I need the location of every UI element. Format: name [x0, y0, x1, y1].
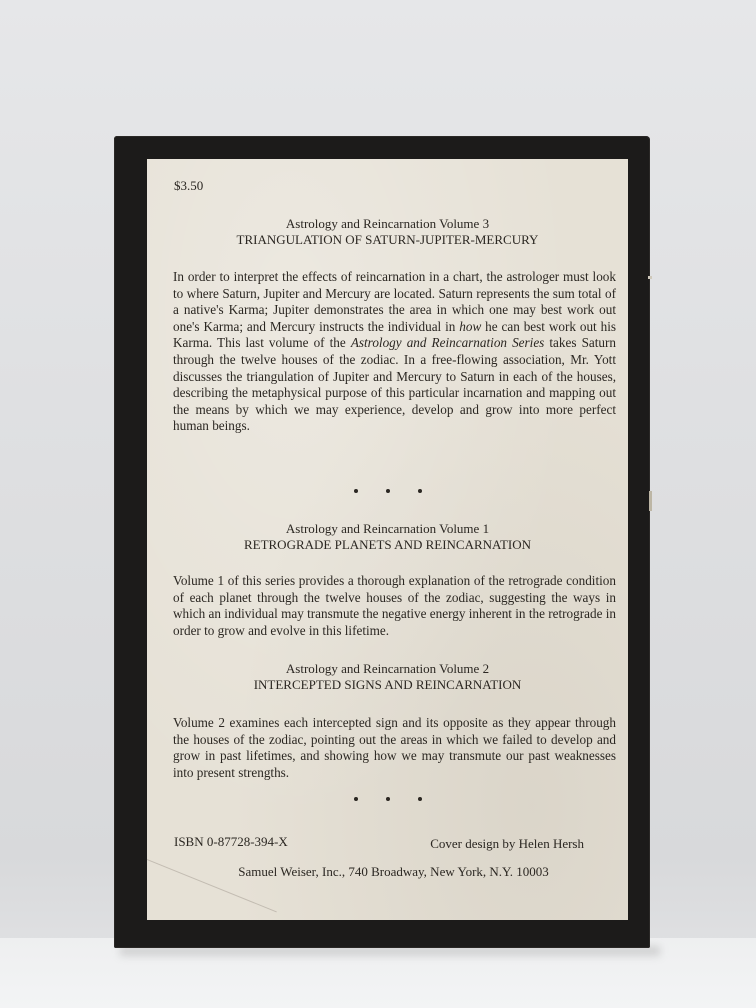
description-volume-2: Volume 2 examines each intercepted sign …: [173, 715, 616, 781]
isbn: ISBN 0-87728-394-X: [174, 834, 288, 850]
volume-title: INTERCEPTED SIGNS AND REINCARNATION: [147, 677, 628, 693]
volume-title: RETROGRADE PLANETS AND REINCARNATION: [147, 537, 628, 553]
publisher-address: Samuel Weiser, Inc., 740 Broadway, New Y…: [147, 864, 628, 880]
description-volume-3: In order to interpret the effects of rei…: [173, 269, 616, 435]
section-heading-volume-1: Astrology and Reincarnation Volume 1 RET…: [147, 521, 628, 553]
series-line: Astrology and Reincarnation Volume 2: [147, 661, 628, 677]
section-heading-volume-3: Astrology and Reincarnation Volume 3 TRI…: [147, 216, 628, 248]
price-label: $3.50: [174, 178, 203, 194]
text-panel: $3.50 Astrology and Reincarnation Volume…: [147, 159, 628, 920]
series-line: Astrology and Reincarnation Volume 3: [147, 216, 628, 232]
section-heading-volume-2: Astrology and Reincarnation Volume 2 INT…: [147, 661, 628, 693]
cover-design-credit: Cover design by Helen Hersh: [430, 836, 584, 852]
book-back-cover: $3.50 Astrology and Reincarnation Volume…: [114, 136, 650, 948]
cover-wear-mark: [648, 276, 652, 279]
cover-wear-mark: [649, 491, 652, 511]
series-name-italic: Astrology and Reincarnation Series: [351, 335, 544, 350]
section-separator: [147, 793, 628, 804]
series-line: Astrology and Reincarnation Volume 1: [147, 521, 628, 537]
emphasis-text: how: [459, 319, 481, 334]
section-separator: [147, 485, 628, 496]
description-volume-1: Volume 1 of this series provides a thoro…: [173, 573, 616, 639]
volume-title: TRIANGULATION OF SATURN-JUPITER-MERCURY: [147, 232, 628, 248]
